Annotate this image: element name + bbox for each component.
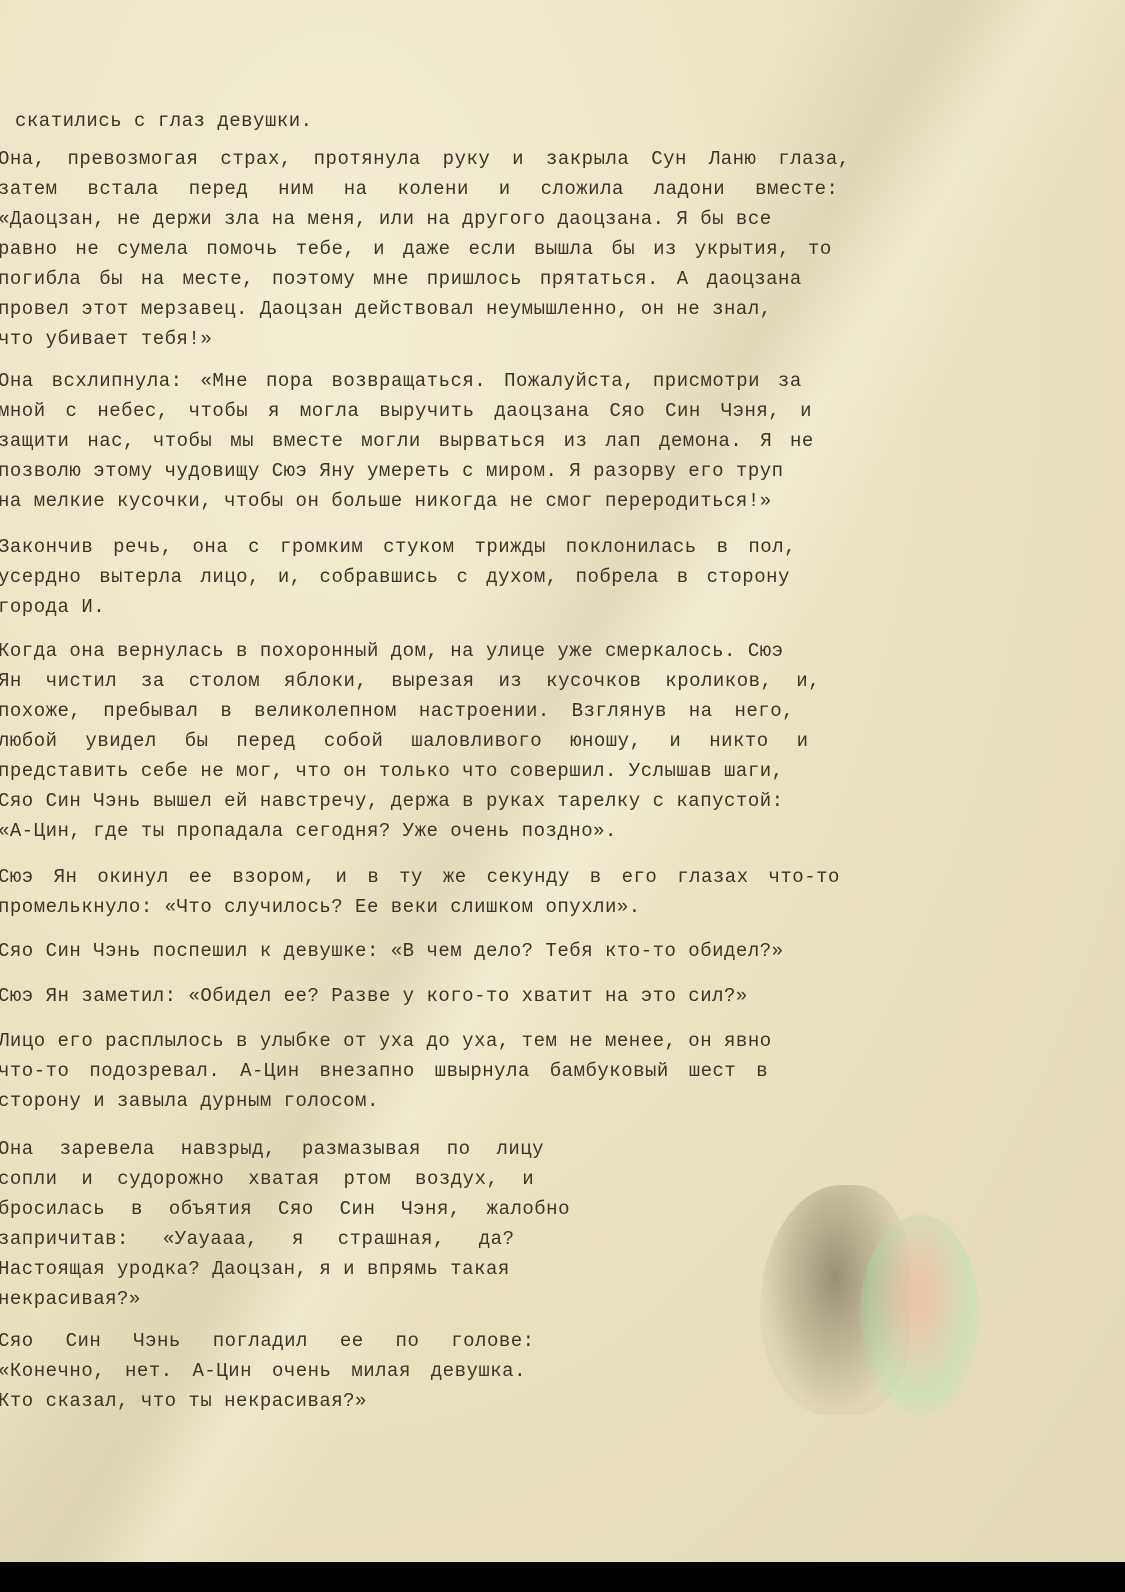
text-line: погибла бы на месте, поэтому мне пришлос… bbox=[0, 268, 802, 290]
text-line: некрасивая?» bbox=[0, 1288, 141, 1310]
text-line: «Даоцзан, не держи зла на меня, или на д… bbox=[0, 208, 772, 230]
text-line: Лицо его расплылось в улыбке от уха до у… bbox=[0, 1030, 772, 1052]
text-line: Сяо Син Чэнь вышел ей навстречу, держа в… bbox=[0, 790, 784, 812]
text-line: запричитав: «Уауааа, я страшная, да? bbox=[0, 1228, 514, 1250]
text-line: «А-Цин, где ты пропадала сегодня? Уже оч… bbox=[0, 820, 617, 842]
text-line: затем встала перед ним на колени и сложи… bbox=[0, 178, 1118, 200]
text-line: похоже, пребывал в великолепном настроен… bbox=[0, 700, 794, 722]
text-line: Она, превозмогая страх, протянула руку и… bbox=[0, 148, 1118, 170]
text-line: Закончив речь, она с громким стуком триж… bbox=[0, 536, 796, 558]
text-line: Она заревела навзрыд, размазывая по лицу bbox=[0, 1138, 544, 1160]
text-line: сторону и завыла дурным голосом. bbox=[0, 1090, 379, 1112]
text-line: Сюэ Ян заметил: «Обидел ее? Разве у кого… bbox=[0, 985, 748, 1007]
text-line: Сяо Син Чэнь поспешил к девушке: «В чем … bbox=[0, 940, 784, 962]
text-line: мной с небес, чтобы я могла выручить дао… bbox=[0, 400, 812, 422]
text-line: что-то подозревал. А-Цин внезапно швырну… bbox=[0, 1060, 768, 1082]
text-line: усердно вытерла лицо, и, собравшись с ду… bbox=[0, 566, 790, 588]
text-line: «Конечно, нет. А-Цин очень милая девушка… bbox=[0, 1360, 526, 1382]
text-line: Сюэ Ян окинул ее взором, и в ту же секун… bbox=[0, 866, 840, 888]
text-line: на мелкие кусочки, чтобы он больше никог… bbox=[0, 490, 772, 512]
text-line: Она всхлипнула: «Мне пора возвращаться. … bbox=[0, 370, 802, 392]
text-line: Настоящая уродка? Даоцзан, я и впрямь та… bbox=[0, 1258, 510, 1280]
text-line: бросилась в объятия Сяо Син Чэня, жалобн… bbox=[0, 1198, 570, 1220]
text-line: Сяо Син Чэнь погладил ее по голове: bbox=[0, 1330, 535, 1352]
text-line: сопли и судорожно хватая ртом воздух, и bbox=[0, 1168, 534, 1190]
text-line: провел этот мерзавец. Даоцзан действовал… bbox=[0, 298, 772, 320]
text-line: защити нас, чтобы мы вместе могли вырват… bbox=[0, 430, 814, 452]
illustration-face bbox=[860, 1215, 980, 1415]
bottom-black-bar bbox=[0, 1562, 1125, 1592]
text-line: Когда она вернулась в похоронный дом, на… bbox=[0, 640, 784, 662]
text-line: равно не сумела помочь тебе, и даже если… bbox=[0, 238, 832, 260]
text-line: представить себе не мог, что он только ч… bbox=[0, 760, 784, 782]
girl-illustration bbox=[740, 1175, 1010, 1435]
text-line: любой увидел бы перед собой шаловливого … bbox=[0, 730, 809, 752]
text-line: Кто сказал, что ты некрасивая?» bbox=[0, 1390, 367, 1412]
text-line: что убивает тебя!» bbox=[0, 328, 212, 350]
text-line: позволю этому чудовищу Сюэ Яну умереть с… bbox=[0, 460, 784, 482]
text-line: Ян чистил за столом яблоки, вырезая из к… bbox=[0, 670, 820, 692]
text-line: скатились с глаз девушки. bbox=[15, 110, 313, 132]
text-line: промелькнуло: «Что случилось? Ее веки сл… bbox=[0, 896, 641, 918]
text-line: города И. bbox=[0, 596, 105, 618]
